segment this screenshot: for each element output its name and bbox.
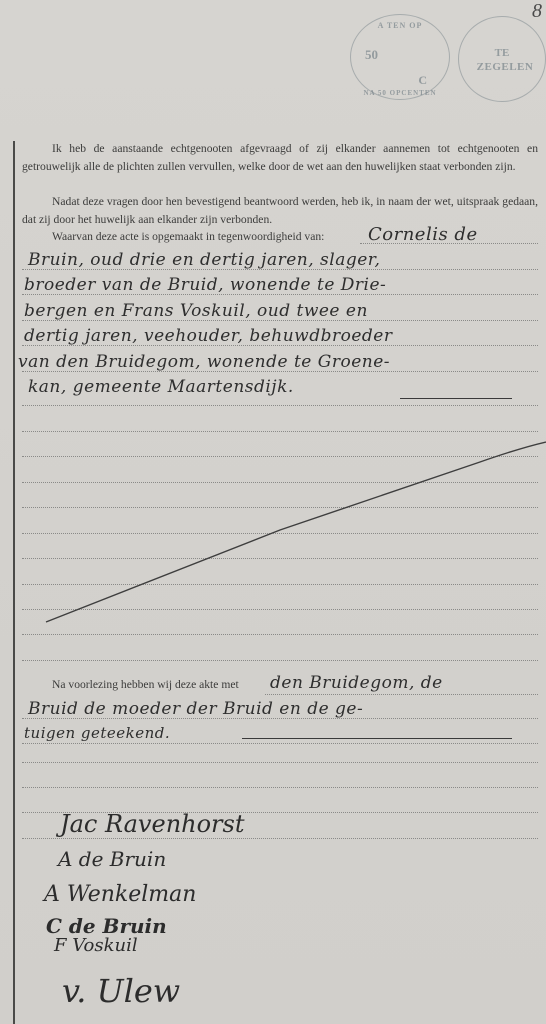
signature: v. Ulew <box>62 972 180 1010</box>
signature: A de Bruin <box>58 847 166 871</box>
paragraph-reading-lead: Na voorlezing hebben wij deze akte met <box>52 676 239 694</box>
handwritten-line: Bruid de moeder der Bruid en de ge- <box>28 699 363 719</box>
document-page: 8 A TEN OP 50 C NA 50 OPCENTEN TE ZEGELE… <box>0 0 546 1024</box>
signature: F Voskuil <box>54 935 138 956</box>
signature: Jac Ravenhorst <box>60 810 245 838</box>
handwritten-line: den Bruidegom, de <box>270 673 443 693</box>
handwritten-line: tuigen geteekend. <box>24 724 170 742</box>
closing-rule <box>242 738 512 739</box>
signature: A Wenkelman <box>44 882 196 907</box>
